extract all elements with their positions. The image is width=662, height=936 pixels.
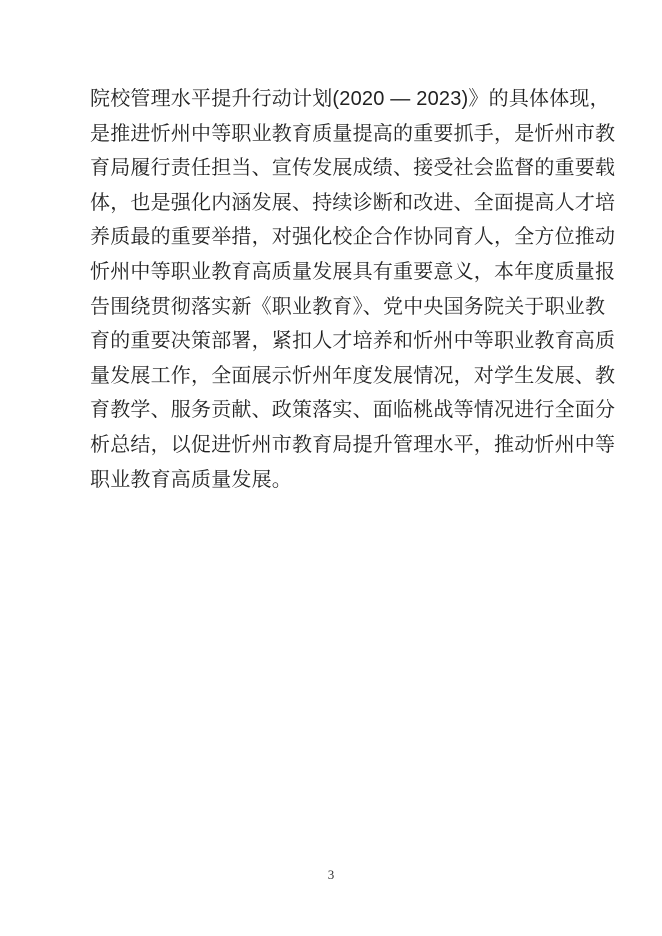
text-line: 析总结，以促进忻州市教育局提升管理水平，推动忻州中等 [90, 428, 574, 463]
page-footer: 3 [0, 866, 662, 884]
paragraph: 院校管理水平提升行动计划(2020 — 2023)》的具体体现， 是推进忻州中等… [90, 82, 574, 497]
text-line: 育的重要决策部署，紧扣人才培养和忻州中等职业教育高质 [90, 324, 574, 359]
text-line: 院校管理水平提升行动计划(2020 — 2023)》的具体体现， [90, 82, 574, 117]
text-line: 体，也是强化内涵发展、持续诊断和改进、全面提高人才培 [90, 186, 574, 221]
text-line: 告围绕贯彻落实新《职业教育》、党中央国务院关于职业教 [90, 290, 574, 325]
text-line: 量发展工作，全面展示忻州年度发展情况，对学生发展、教 [90, 359, 574, 394]
text-line: 育教学、服务贡献、政策落实、面临桃战等情况进行全面分 [90, 393, 574, 428]
text-line: 是推进忻州中等职业教育质量提高的重要抓手，是忻州市教 [90, 117, 574, 152]
text-line: 职业教育高质量发展。 [90, 463, 574, 498]
text-line: 养质最的重要举措，对强化校企合作协同育人，全方位推动 [90, 220, 574, 255]
document-page: 院校管理水平提升行动计划(2020 — 2023)》的具体体现， 是推进忻州中等… [0, 0, 662, 936]
text-line: 忻州中等职业教育高质量发展具有重要意义，本年度质量报 [90, 255, 574, 290]
page-number: 3 [328, 867, 335, 882]
text-line: 育局履行责任担当、宣传发展成绩、接受社会监督的重要载 [90, 151, 574, 186]
